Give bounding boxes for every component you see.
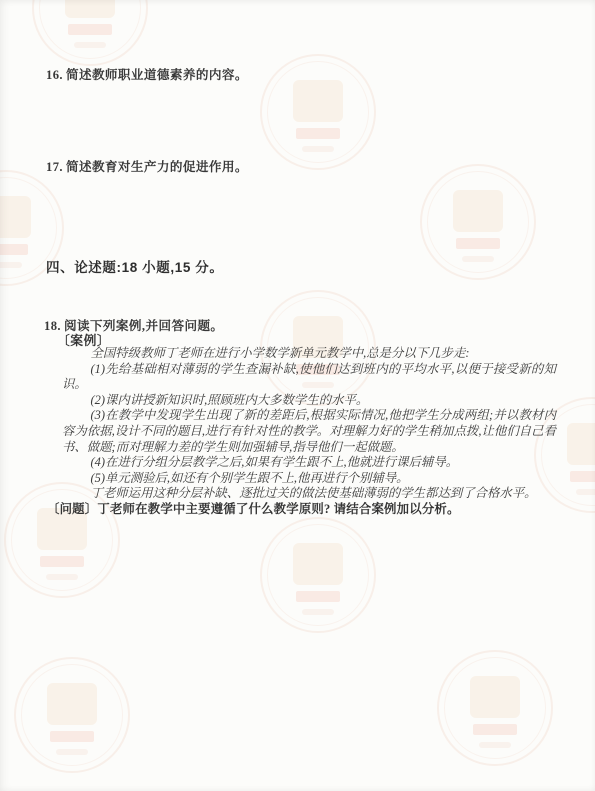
page-content: 16.简述教师职业道德素养的内容。 17.简述教育对生产力的促进作用。 四、论述…	[0, 0, 595, 791]
question-17: 17.简述教育对生产力的促进作用。	[46, 156, 248, 175]
question-16: 16.简述教师职业道德素养的内容。	[46, 64, 248, 83]
case-question-label: 〔问题〕	[47, 502, 97, 516]
question-16-number: 16.	[46, 68, 63, 82]
case-paragraph: (3)在教学中发现学生出现了新的差距后,根据实际情况,他把学生分成两组;并以教材…	[62, 408, 556, 455]
case-paragraph: 丁老师运用这种分层补缺、逐批过关的做法使基础薄弱的学生都达到了合格水平。	[62, 486, 556, 502]
case-question-line: 〔问题〕丁老师在教学中主要遵循了什么教学原则? 请结合案例加以分析。	[47, 502, 556, 518]
case-paragraph: (5)单元测验后,如还有个别学生跟不上,他再进行个别辅导。	[62, 471, 556, 487]
exam-paper-page: 16.简述教师职业道德素养的内容。 17.简述教育对生产力的促进作用。 四、论述…	[0, 0, 595, 791]
question-16-text: 简述教师职业道德素养的内容。	[66, 68, 248, 82]
section-header-essay: 四、论述题:18 小题,15 分。	[46, 256, 223, 276]
case-body: 全国特级教师丁老师在进行小学数学新单元教学中,总是分以下几步走: (1)先给基础…	[62, 346, 556, 518]
case-paragraph: (4)在进行分组分层教学之后,如果有学生跟不上,他就进行课后辅导。	[62, 455, 556, 471]
case-question-text: 丁老师在教学中主要遵循了什么教学原则? 请结合案例加以分析。	[97, 502, 459, 516]
case-paragraph: (2)课内讲授新知识时,照顾班内大多数学生的水平。	[62, 393, 556, 409]
question-17-number: 17.	[46, 160, 63, 174]
case-paragraph: 全国特级教师丁老师在进行小学数学新单元教学中,总是分以下几步走:	[62, 346, 556, 362]
case-paragraph: (1)先给基础相对薄弱的学生查漏补缺,使他们达到班内的平均水平,以便于接受新的知…	[62, 362, 556, 393]
question-17-text: 简述教育对生产力的促进作用。	[66, 160, 248, 174]
